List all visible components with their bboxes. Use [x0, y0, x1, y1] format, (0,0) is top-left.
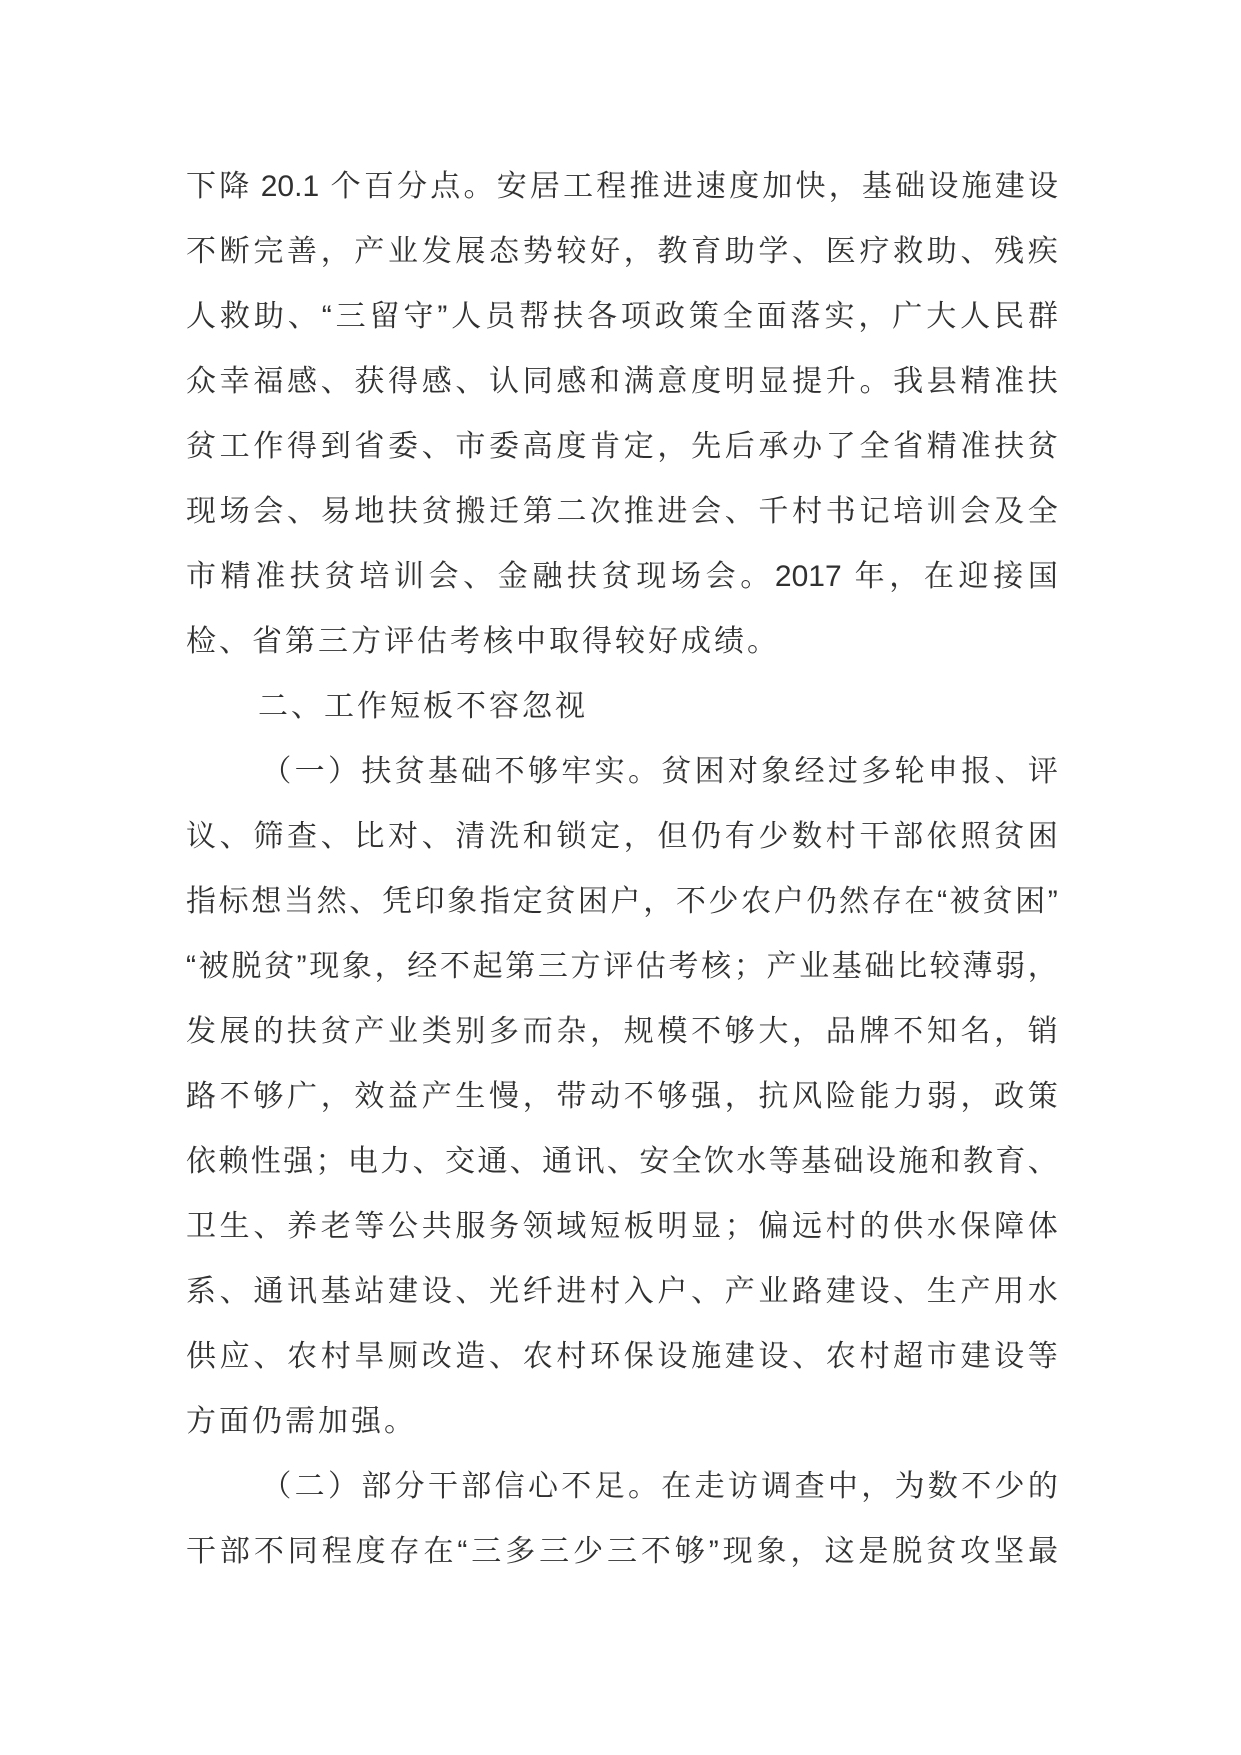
text-line: （二）部分干部信心不足。在走访调查中，为数不少的 [186, 1454, 1058, 1519]
text-line: 人救助、“三留守”人员帮扶各项政策全面落实，广大人民群 [186, 284, 1058, 349]
text-line: 市精准扶贫培训会、金融扶贫现场会。2017 年，在迎接国 [186, 544, 1058, 609]
text-line: 现场会、易地扶贫搬迁第二次推进会、千村书记培训会及全 [186, 479, 1058, 544]
text-line: 下降 20.1 个百分点。安居工程推进速度加快，基础设施建设 [186, 154, 1058, 219]
text-line: 检、省第三方评估考核中取得较好成绩。 [186, 609, 1058, 674]
text-line: 众幸福感、获得感、认同感和满意度明显提升。我县精准扶 [186, 349, 1058, 414]
text-line: 方面仍需加强。 [186, 1389, 1058, 1454]
text-line: 依赖性强；电力、交通、通讯、安全饮水等基础设施和教育、 [186, 1129, 1058, 1194]
text-line: 发展的扶贫产业类别多而杂，规模不够大，品牌不知名，销 [186, 999, 1058, 1064]
document-page: 下降 20.1 个百分点。安居工程推进速度加快，基础设施建设不断完善，产业发展态… [0, 0, 1241, 1755]
section-heading: 二、工作短板不容忽视 [186, 674, 1058, 739]
text-line: 系、通讯基站建设、光纤进村入户、产业路建设、生产用水 [186, 1259, 1058, 1324]
text-line: 贫工作得到省委、市委高度肯定，先后承办了全省精准扶贫 [186, 414, 1058, 479]
text-line: 议、筛查、比对、清洗和锁定，但仍有少数村干部依照贫困 [186, 804, 1058, 869]
document-text-block: 下降 20.1 个百分点。安居工程推进速度加快，基础设施建设不断完善，产业发展态… [186, 154, 1058, 1584]
text-line: 不断完善，产业发展态势较好，教育助学、医疗救助、残疾 [186, 219, 1058, 284]
text-line: 干部不同程度存在“三多三少三不够”现象，这是脱贫攻坚最 [186, 1519, 1058, 1584]
text-line: “被脱贫”现象，经不起第三方评估考核；产业基础比较薄弱， [186, 934, 1058, 999]
text-line: 供应、农村旱厕改造、农村环保设施建设、农村超市建设等 [186, 1324, 1058, 1389]
text-line: 路不够广，效益产生慢，带动不够强，抗风险能力弱，政策 [186, 1064, 1058, 1129]
text-line: （一）扶贫基础不够牢实。贫困对象经过多轮申报、评 [186, 739, 1058, 804]
text-line: 指标想当然、凭印象指定贫困户，不少农户仍然存在“被贫困” [186, 869, 1058, 934]
text-line: 卫生、养老等公共服务领域短板明显；偏远村的供水保障体 [186, 1194, 1058, 1259]
